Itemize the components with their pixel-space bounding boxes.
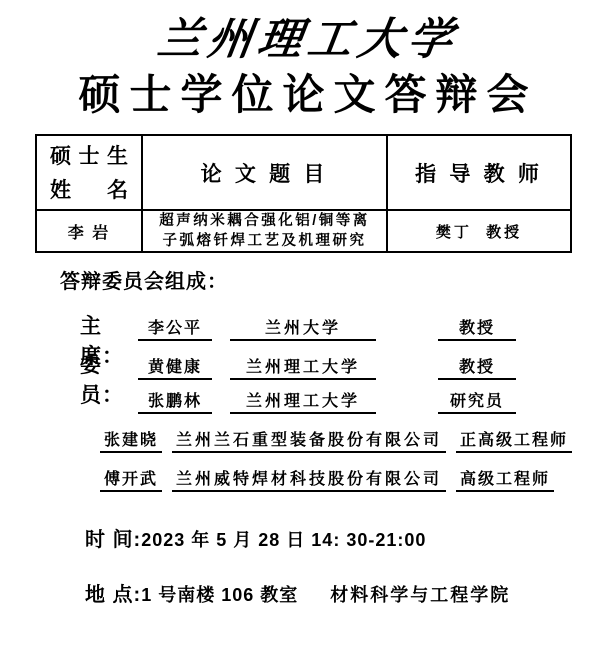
location-value: 1 号南楼 106 教室 [141, 581, 298, 607]
committee-row-member-2: 张鹏林 兰州理工大学 研究员 [80, 388, 616, 414]
supervisor-cell: 樊丁 教授 [387, 210, 571, 252]
supervisor-value: 樊丁 教授 [436, 224, 522, 241]
student-name-header-line2: 姓 名 [37, 173, 141, 207]
thesis-title-header: 论 文 题 目 [142, 135, 387, 210]
member-name-field: 黄健康 [138, 354, 212, 380]
table-header-row: 硕 士 生 姓 名 论 文 题 目 指 导 教 师 [36, 135, 571, 210]
time-row: 时 间: 2023 年 5 月 28 日 14: 30-21:00 [85, 523, 616, 552]
member-affiliation-field: 兰州兰石重型装备股份有限公司 [172, 427, 446, 453]
time-value: 2023 年 5 月 28 日 14: 30-21:00 [141, 526, 426, 552]
committee-row-member-1: 委员： 黄健康 兰州理工大学 教授 [80, 349, 616, 375]
committee-row-chair: 主席： 李公平 兰州大学 教授 [80, 310, 616, 336]
committee-row-member-4: 傅开武 兰州威特焊材科技股份有限公司 高级工程师 [100, 466, 616, 491]
member-affiliation-field: 兰州大学 [230, 315, 376, 341]
committee-list: 主席： 李公平 兰州大学 教授 委员： 黄健康 兰州理工大学 教授 张鹏林 兰州… [0, 310, 616, 491]
thesis-title-line1: 超声纳米耦合强化铝/铜等离 [143, 211, 386, 231]
student-name-cell: 李 岩 [36, 210, 142, 252]
member-name-field: 张建晓 [100, 427, 162, 453]
thesis-title-cell: 超声纳米耦合强化铝/铜等离 子弧熔钎焊工艺及机理研究 [142, 210, 387, 252]
member-name-field: 傅开武 [100, 466, 162, 492]
member-title-field: 正高级工程师 [456, 427, 572, 453]
member-title-field: 教授 [438, 354, 516, 380]
time-label: 时 间: [85, 523, 141, 552]
thesis-title-line2: 子弧熔钎焊工艺及机理研究 [143, 231, 386, 251]
committee-row-member-3: 张建晓 兰州兰石重型装备股份有限公司 正高级工程师 [100, 427, 616, 452]
location-row: 地 点: 1 号南楼 106 教室 材料科学与工程学院 [85, 578, 616, 607]
supervisor-header: 指 导 教 师 [387, 135, 571, 210]
member-name-field: 李公平 [138, 315, 212, 341]
student-name-value: 李 岩 [68, 225, 110, 242]
member-affiliation-field: 兰州理工大学 [230, 354, 376, 380]
student-name-header: 硕 士 生 姓 名 [36, 135, 142, 210]
member-title-field: 高级工程师 [456, 466, 554, 492]
university-logo: 兰州理工大学 [0, 10, 616, 70]
department-name: 材料科学与工程学院 [330, 581, 510, 607]
student-info-table: 硕 士 生 姓 名 论 文 题 目 指 导 教 师 李 岩 超声纳米耦合强化铝/… [35, 134, 572, 253]
member-affiliation-field: 兰州威特焊材科技股份有限公司 [172, 466, 446, 492]
member-name-field: 张鹏林 [138, 388, 212, 414]
member-title-field: 研究员 [438, 388, 516, 414]
student-name-header-line1: 硕 士 生 [37, 139, 141, 173]
role-label: 委员： [80, 349, 138, 409]
location-label: 地 点: [85, 578, 141, 607]
defense-notice-document: 兰州理工大学 硕士学位论文答辩会 硕 士 生 姓 名 论 文 题 目 指 导 教… [0, 0, 616, 654]
member-title-field: 教授 [438, 315, 516, 341]
member-affiliation-field: 兰州理工大学 [230, 388, 376, 414]
committee-heading: 答辩委员会组成： [60, 265, 616, 294]
table-data-row: 李 岩 超声纳米耦合强化铝/铜等离 子弧熔钎焊工艺及机理研究 樊丁 教授 [36, 210, 571, 252]
university-logo-calligraphy: 兰州理工大学 [154, 10, 462, 70]
page-title: 硕士学位论文答辩会 [0, 72, 616, 120]
